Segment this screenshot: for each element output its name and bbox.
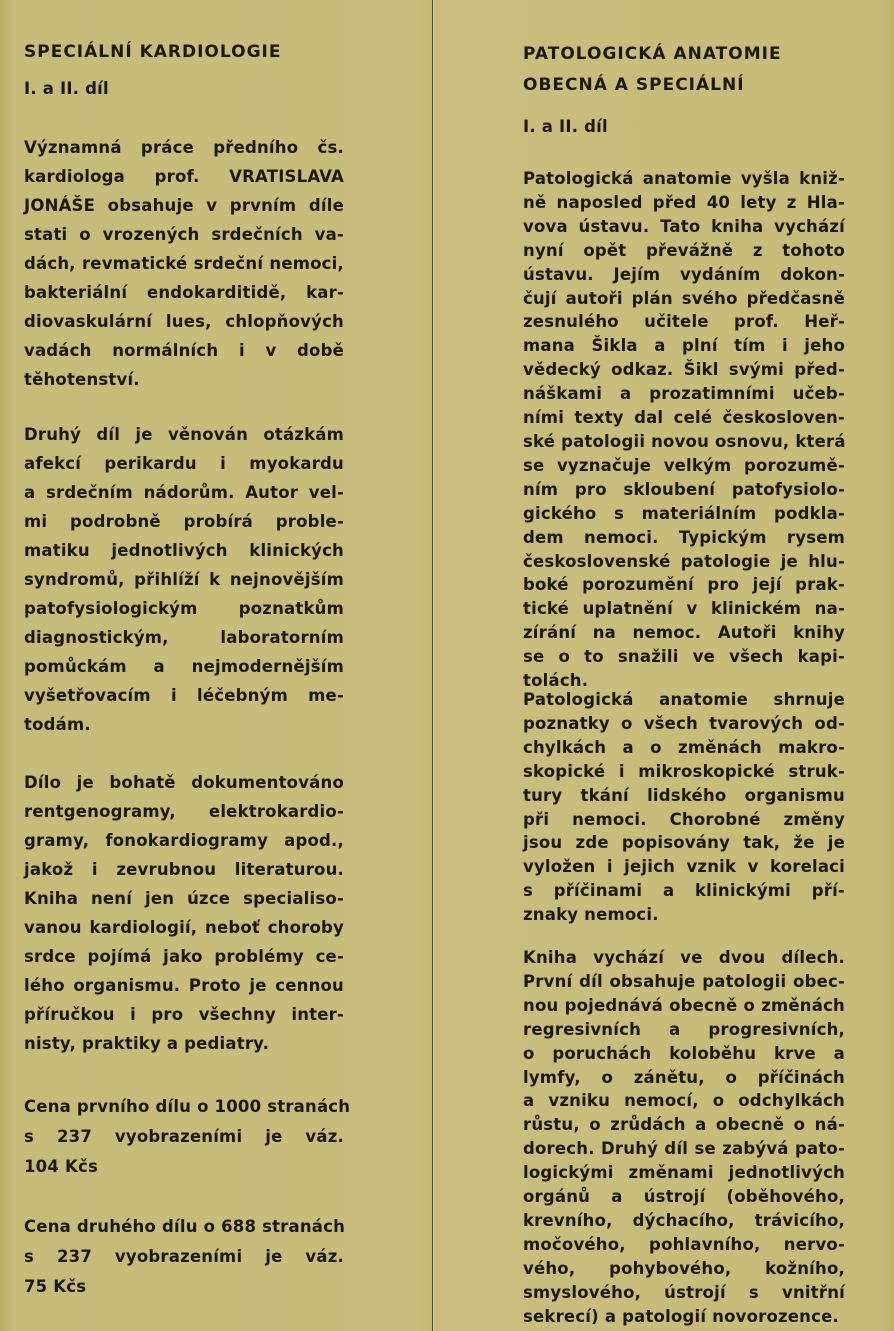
right-paragraph-3: Kniha vychází ve dvou dílech. První díl … <box>523 946 845 1329</box>
text-line: Významná práce předního čs. <box>24 133 344 162</box>
left-paragraph-1: Významná práce předního čs. kardiologa p… <box>24 133 344 394</box>
text-line: ně naposled před 40 lety z Hla- <box>523 191 845 215</box>
text-line: dem nemoci. Typickým rysem <box>523 526 845 550</box>
fold-highlight <box>433 0 434 1331</box>
right-subtitle: I. a II. díl <box>523 117 608 136</box>
text-line: znaky nemoci. <box>523 903 845 927</box>
text-line: tury tkání lidského organismu <box>523 784 845 808</box>
text-line: ské patologii novou osnovu, která <box>523 430 845 454</box>
text-line: jakož i zevrubnou literaturou. <box>24 855 344 884</box>
text-line: První díl obsahuje patologii obec- <box>523 970 845 994</box>
text-line: vědecký odkaz. Šikl svými před- <box>523 358 845 382</box>
text-line: gického s materiálním podkla- <box>523 502 845 526</box>
text-line: jsou zde popisovány tak, že je <box>523 831 845 855</box>
text-line: o poruchách koloběhu krve a <box>523 1042 845 1066</box>
text-line: těhotenství. <box>24 365 344 394</box>
text-line: Kniha není jen úzce specialiso- <box>24 884 344 913</box>
text-line: orgánů a ústrojí (oběhového, <box>523 1185 845 1209</box>
text-line: vadách normálních i v době <box>24 336 344 365</box>
text-line: dách, revmatické srdeční nemoci, <box>24 249 344 278</box>
text-line: tické uplatnění v klinickém na- <box>523 597 845 621</box>
text-line: 104 Kčs <box>24 1152 344 1182</box>
text-line: vého, pohybového, kožního, <box>523 1257 845 1281</box>
text-line: zírání na nemoc. Autoři knihy <box>523 621 845 645</box>
text-line: regresivních a progresivních, <box>523 1018 845 1042</box>
text-line: bakteriální endokarditidě, kar- <box>24 278 344 307</box>
text-line: JONÁŠE obsahuje v prvním díle <box>24 191 344 220</box>
right-paragraph-1: Patologická anatomie vyšla kniž- ně napo… <box>523 167 845 693</box>
text-line: lymfy, o zánětu, o příčinách <box>523 1066 845 1090</box>
text-line: příručkou i pro všechny inter- <box>24 1000 344 1029</box>
right-paragraph-2: Patologická anatomie shrnuje poznatky o … <box>523 688 845 927</box>
text-line: nyní opět převážně z tohoto <box>523 239 845 263</box>
text-line: smyslového, ústrojí s vnitřní <box>523 1281 845 1305</box>
text-line: chylkách a o změnách makro- <box>523 736 845 760</box>
price-volume-1: Cena prvního dílu o 1000 stranách s 237 … <box>24 1092 344 1182</box>
text-line: 75 Kčs <box>24 1272 344 1302</box>
left-title: SPECIÁLNÍ KARDIOLOGIE <box>24 37 364 67</box>
text-line: skopické i mikroskopické struk- <box>523 760 845 784</box>
text-line: nou pojednává obecně o změnách <box>523 994 845 1018</box>
text-line: při nemoci. Chorobné změny <box>523 808 845 832</box>
text-line: pomůckám a nejmodernějším <box>24 652 344 681</box>
price-volume-2: Cena druhého dílu o 688 stranách s 237 v… <box>24 1212 344 1302</box>
text-line: poznatky o všech tvarových od- <box>523 712 845 736</box>
text-line: patofysiologickým poznatkům <box>24 594 344 623</box>
text-line: diovaskulární lues, chlopňových <box>24 307 344 336</box>
text-line: náškami a prozatimními učeb- <box>523 382 845 406</box>
text-line: Patologická anatomie shrnuje <box>523 688 845 712</box>
text-line: se vyznačuje velkým porozumě- <box>523 454 845 478</box>
text-line: matiku jednotlivých klinických <box>24 536 344 565</box>
text-line: čují autoři plán svého předčasně <box>523 287 845 311</box>
text-line: krevního, dýchacího, trávicího, <box>523 1209 845 1233</box>
text-line: Cena druhého dílu o 688 stranách <box>24 1212 344 1242</box>
text-line: vanou kardiologií, neboť choroby <box>24 913 344 942</box>
text-line: růstu, o zrůdách a obecně o ná- <box>523 1113 845 1137</box>
text-line: logickými změnami jednotlivých <box>523 1161 845 1185</box>
text-line: ními texty dal celé českosloven- <box>523 406 845 430</box>
text-line: ústavu. Jejím vydáním dokon- <box>523 263 845 287</box>
text-line: kardiologa prof. VRATISLAVA <box>24 162 344 191</box>
text-line: a srdečním nádorům. Autor vel- <box>24 478 344 507</box>
text-line: Patologická anatomie vyšla kniž- <box>523 167 845 191</box>
text-line: afekcí perikardu i myokardu <box>24 449 344 478</box>
right-title-line-2: OBECNÁ A SPECIÁLNÍ <box>523 70 863 100</box>
left-paragraph-2: Druhý díl je věnován otázkám afekcí peri… <box>24 420 344 739</box>
text-line: s 237 vyobrazeními je váz. <box>24 1122 344 1152</box>
text-line: močového, pohlavního, nervo- <box>523 1233 845 1257</box>
text-line: sekrecí) a patologií novorozence. <box>523 1305 845 1329</box>
text-line: Druhý díl je věnován otázkám <box>24 420 344 449</box>
text-line: boké porozumění pro její prak- <box>523 573 845 597</box>
text-line: Dílo je bohatě dokumentováno <box>24 768 344 797</box>
text-line: vyšetřovacím i léčebným me- <box>24 681 344 710</box>
text-line: vova ústavu. Tato kniha vychází <box>523 215 845 239</box>
text-line: ním pro skloubení patofysiolo- <box>523 478 845 502</box>
text-line: mi podrobně probírá proble- <box>24 507 344 536</box>
text-line: todám. <box>24 710 344 739</box>
text-line: Cena prvního dílu o 1000 stranách <box>24 1092 344 1122</box>
text-line: srdce pojímá jako problémy ce- <box>24 942 344 971</box>
text-line: a vzniku nemocí, o odchylkách <box>523 1089 845 1113</box>
text-line: mana Šikla a plní tím i jeho <box>523 334 845 358</box>
text-line: syndromů, přihlíží k nejnovějším <box>24 565 344 594</box>
text-line: nisty, praktiky a pediatry. <box>24 1029 344 1058</box>
text-line: gramy, fonokardiogramy apod., <box>24 826 344 855</box>
text-line: lého organismu. Proto je cennou <box>24 971 344 1000</box>
text-line: rentgenogramy, elektrokardio- <box>24 797 344 826</box>
text-line: s 237 vyobrazeními je váz. <box>24 1242 344 1272</box>
text-line: zesnulého učitele prof. Heř- <box>523 310 845 334</box>
left-subtitle: I. a II. díl <box>24 79 109 98</box>
left-paragraph-3: Dílo je bohatě dokumentováno rentgenogra… <box>24 768 344 1058</box>
text-line: československé patologie je hlu- <box>523 550 845 574</box>
text-line: s příčinami a klinickými pří- <box>523 879 845 903</box>
text-line: vyložen i jejich vznik v korelaci <box>523 855 845 879</box>
text-line: diagnostickým, laboratorním <box>24 623 344 652</box>
text-line: Kniha vychází ve dvou dílech. <box>523 946 845 970</box>
right-title-line-1: PATOLOGICKÁ ANATOMIE <box>523 39 863 69</box>
text-line: se o to snažili ve všech kapi- <box>523 645 845 669</box>
text-line: dorech. Druhý díl se zabývá pato- <box>523 1137 845 1161</box>
text-line: stati o vrozených srdečních va- <box>24 220 344 249</box>
